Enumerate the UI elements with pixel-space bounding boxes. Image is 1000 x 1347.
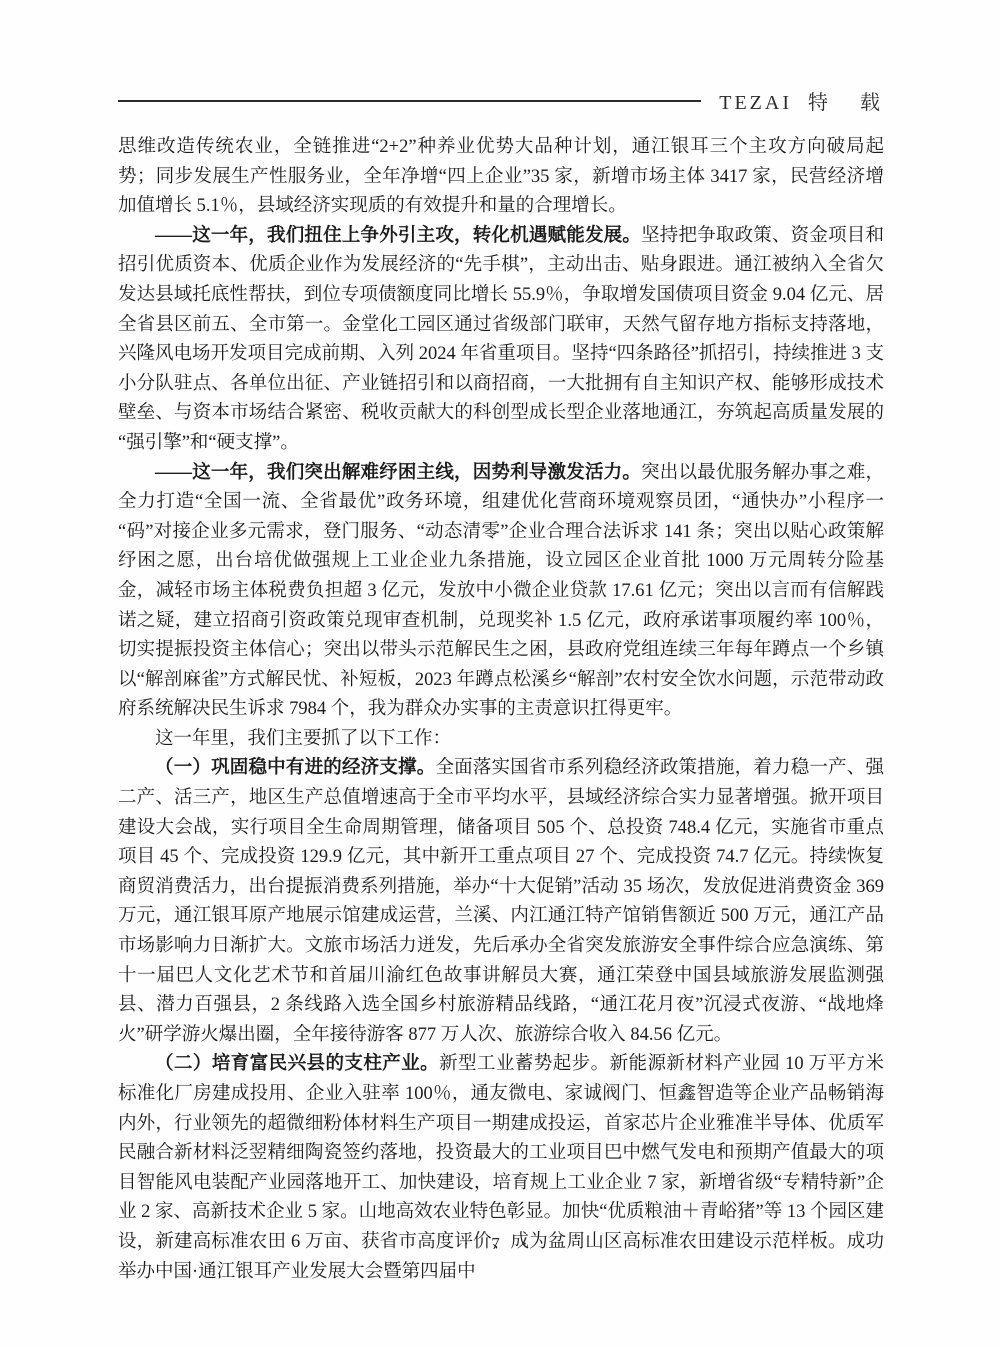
paragraph-text: 坚持把争取政策、资金项目和招引优质资本、优质企业作为发展经济的“先手棋”，主动出… bbox=[118, 226, 884, 453]
header-title: TEZAI特 载 bbox=[719, 86, 886, 115]
paragraph-lead: ——这一年，我们突出解难纾困主线，因势利导激发活力。 bbox=[155, 463, 641, 483]
paragraph-lead: （二）培育富民兴县的支柱产业。 bbox=[155, 1054, 439, 1074]
paragraph: （一）巩固稳中有进的经济支撑。全面落实国省市系列稳经济政策措施，着力稳一产、强二… bbox=[118, 754, 884, 1050]
document-body: 思维改造传统农业，全链推进“2+2”种养业优势大品种计划，通江银耳三个主攻方向破… bbox=[118, 133, 884, 1287]
paragraph-text: 突出以最优服务解办事之难，全力打造“全国一流、全省最优”政务环境，组建优化营商环… bbox=[118, 463, 884, 720]
paragraph: 思维改造传统农业，全链推进“2+2”种养业优势大品种计划，通江银耳三个主攻方向破… bbox=[118, 133, 884, 222]
page-header: TEZAI特 载 bbox=[118, 86, 886, 115]
paragraph-lead: ——这一年，我们扭住上争外引主攻，转化机遇赋能发展。 bbox=[155, 226, 641, 246]
paragraph-text: 思维改造传统农业，全链推进“2+2”种养业优势大品种计划，通江银耳三个主攻方向破… bbox=[118, 137, 884, 216]
paragraph: ——这一年，我们扭住上争外引主攻，转化机遇赋能发展。坚持把争取政策、资金项目和招… bbox=[118, 222, 884, 459]
page-number: · 7 · bbox=[463, 1234, 536, 1253]
paragraph: 这一年里，我们主要抓了以下工作： bbox=[118, 725, 884, 755]
paragraph: ——这一年，我们突出解难纾困主线，因势利导激发活力。突出以最优服务解办事之难，全… bbox=[118, 459, 884, 725]
journal-code: TEZAI bbox=[719, 92, 792, 114]
page-footer: · 7 · bbox=[0, 1234, 1000, 1254]
paragraph-text: 这一年里，我们主要抓了以下工作： bbox=[155, 729, 451, 749]
paragraph-lead: （一）巩固稳中有进的经济支撑。 bbox=[155, 758, 435, 778]
paragraph-text: 全面落实国省市系列稳经济政策措施，着力稳一产、强二产、活三产，地区生产总值增速高… bbox=[118, 758, 884, 1044]
header-divider-line bbox=[118, 100, 701, 102]
document-page: TEZAI特 载 思维改造传统农业，全链推进“2+2”种养业优势大品种计划，通江… bbox=[0, 0, 1000, 1347]
section-title: 特 载 bbox=[808, 92, 886, 114]
